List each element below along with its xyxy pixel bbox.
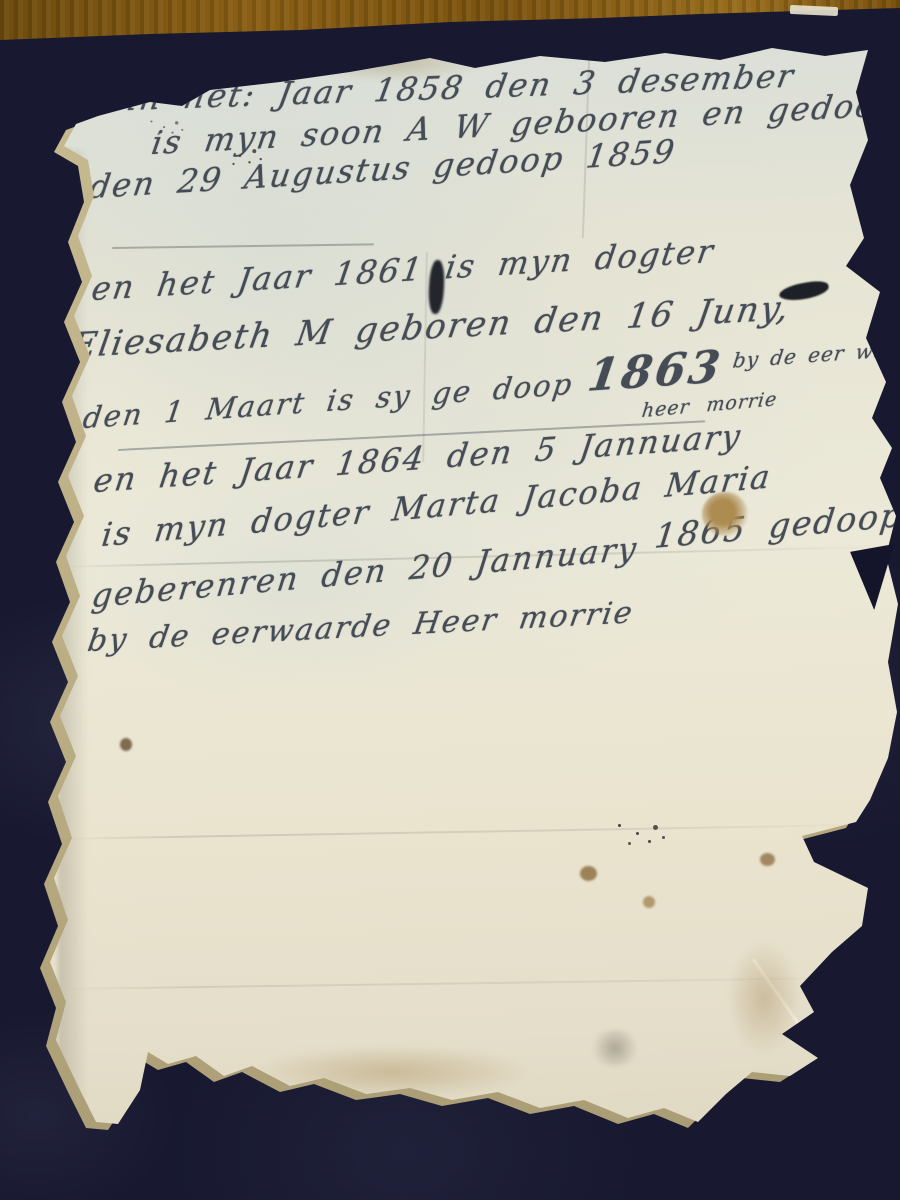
photograph-of-manuscript: in het: Jaar 1858 den 3 desember is myn … — [0, 0, 900, 1200]
ink-speckles — [150, 120, 152, 122]
handwriting-segment: den 1 Maart is sy ge doop — [81, 367, 576, 436]
entry-divider-line — [112, 243, 374, 249]
ink-blot — [778, 279, 830, 303]
brown-stain — [702, 492, 748, 536]
paper-sliver-top-right — [790, 5, 838, 16]
ink-speckles — [224, 148, 226, 150]
brown-stain — [120, 738, 132, 751]
left-edge-shadow — [58, 150, 88, 1120]
brown-stain — [760, 853, 775, 866]
brown-wash-stain — [728, 942, 800, 1054]
ink-speckles — [618, 824, 621, 827]
horizontal-crease — [55, 823, 893, 840]
brown-stain — [580, 866, 597, 881]
wood-table-edge — [0, 0, 900, 46]
grey-smudge — [588, 1030, 642, 1066]
manuscript-page: in het: Jaar 1858 den 3 desember is myn … — [0, 0, 900, 1200]
brown-wash-stain — [255, 1046, 530, 1098]
brown-wash-stain — [296, 42, 486, 82]
handwriting-segment: by de eer waarde — [731, 334, 900, 373]
year-1863-large: 1863 — [585, 341, 726, 402]
brown-stain — [643, 896, 655, 908]
